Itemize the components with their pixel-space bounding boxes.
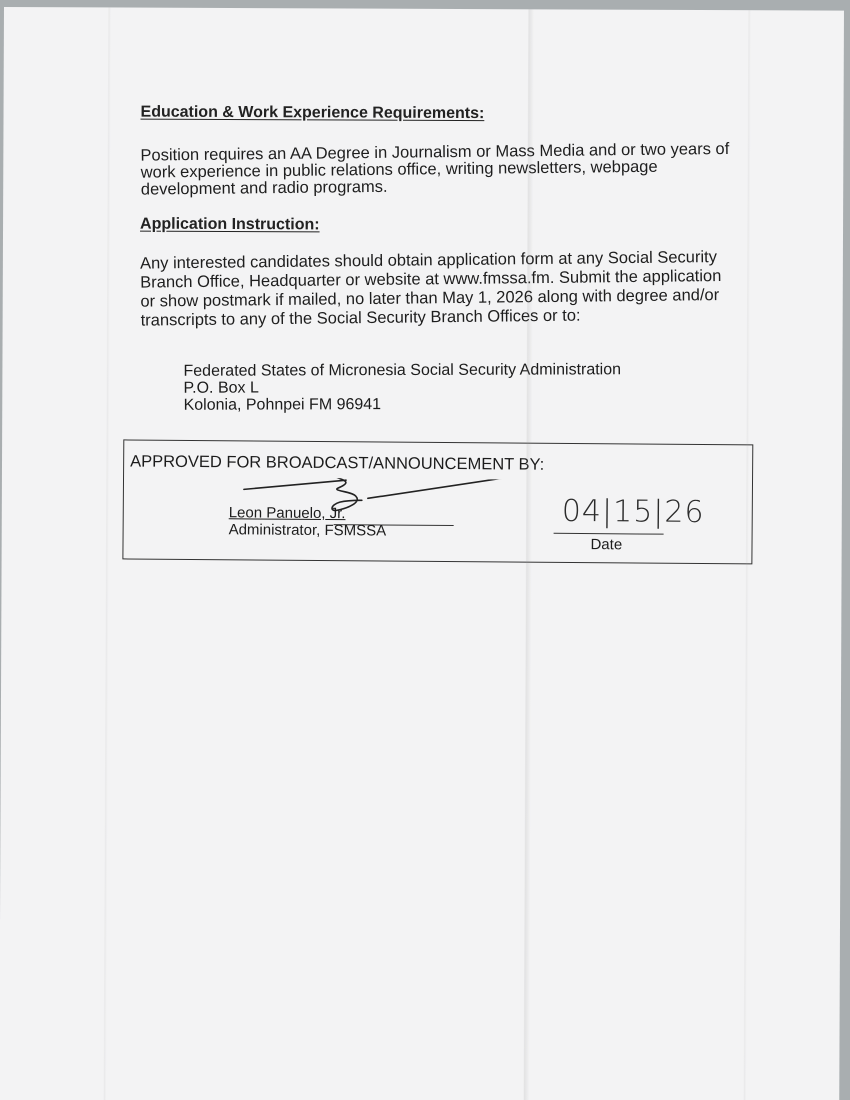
approval-box: APPROVED FOR BROADCAST/ANNOUNCEMENT BY: … [122, 439, 753, 564]
mailing-address: Federated States of Micronesia Social Se… [183, 361, 621, 414]
application-instruction-text: Any interested candidates should obtain … [140, 248, 722, 331]
date-label: Date [590, 536, 622, 553]
scanned-page: Education & Work Experience Requirements… [0, 7, 844, 1100]
signer-name: Leon Panuelo, Jr. [229, 504, 346, 522]
application-instruction-heading: Application Instruction: [140, 216, 320, 235]
handwritten-date: 04|15|26 [562, 494, 705, 530]
date-line [554, 533, 664, 535]
address-line: Kolonia, Pohnpei FM 96941 [184, 395, 622, 414]
signer-title: Administrator, FSMSSA [229, 521, 387, 539]
address-line: P.O. Box L [184, 378, 622, 397]
address-line: Federated States of Micronesia Social Se… [183, 361, 621, 380]
education-requirements-heading: Education & Work Experience Requirements… [141, 104, 485, 123]
education-requirements-text: Position requires an AA Degree in Journa… [140, 141, 729, 199]
approval-label: APPROVED FOR BROADCAST/ANNOUNCEMENT BY: [130, 452, 544, 474]
